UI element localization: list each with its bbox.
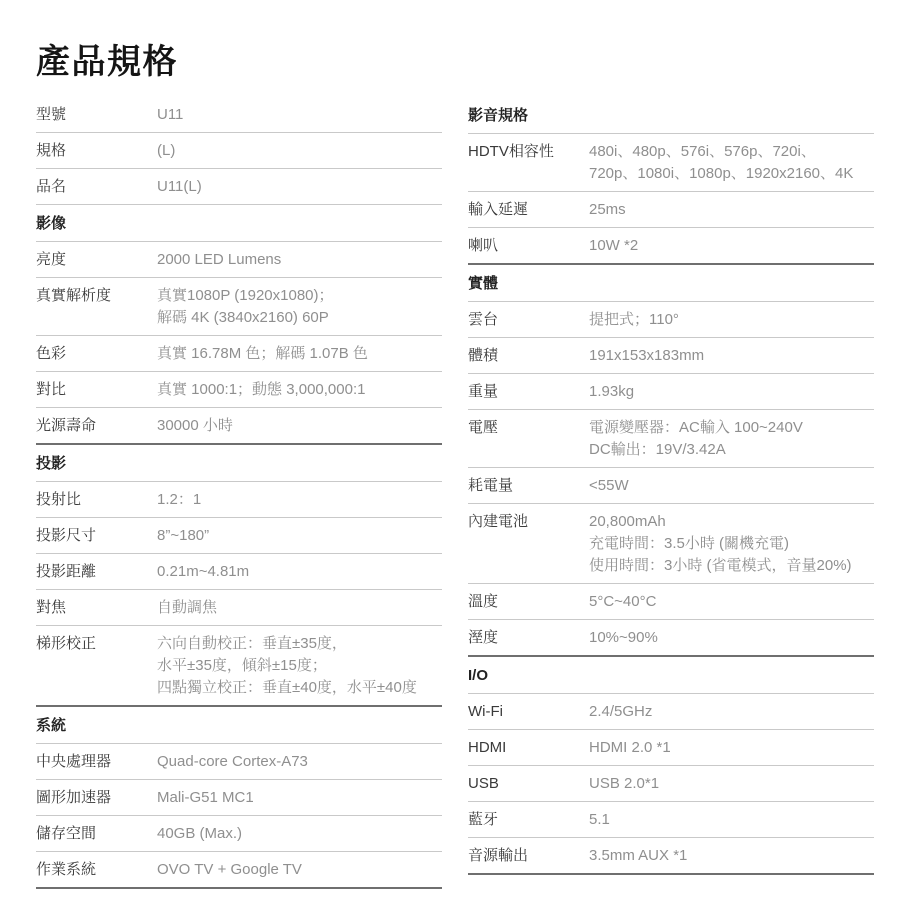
left-column: 型號 U11 規格 (L) 品名 U11(L) 影像 亮度 2000 LED L… [36, 97, 442, 889]
spec-value: 5.1 [589, 809, 874, 831]
spec-row: 重量 1.93kg [468, 374, 874, 410]
spec-value: Mali-G51 MC1 [157, 787, 442, 809]
spec-row: 投影距離 0.21m~4.81m [36, 554, 442, 590]
section-av: 影音規格 [468, 97, 874, 134]
spec-label: 梯形校正 [36, 633, 157, 699]
spec-label: 規格 [36, 140, 157, 162]
spec-value: 0.21m~4.81m [157, 561, 442, 583]
spec-value: 3.5mm AUX *1 [589, 845, 874, 867]
spec-row: 投射比 1.2：1 [36, 482, 442, 518]
spec-row: 真實解析度 真實1080P (1920x1080)； 解碼 4K (3840x2… [36, 278, 442, 336]
spec-row: 電壓 電源變壓器：AC輸入 100~240V DC輸出：19V/3.42A [468, 410, 874, 468]
spec-value: 40GB (Max.) [157, 823, 442, 845]
section-system: 系統 [36, 705, 442, 744]
spec-label: 圖形加速器 [36, 787, 157, 809]
spec-row: USB USB 2.0*1 [468, 766, 874, 802]
spec-row: 圖形加速器 Mali-G51 MC1 [36, 780, 442, 816]
spec-label: Wi-Fi [468, 701, 589, 723]
spec-value: 10%~90% [589, 627, 874, 649]
section-image: 影像 [36, 205, 442, 242]
section-physical: 實體 [468, 263, 874, 302]
spec-row: 溫度 5°C~40°C [468, 584, 874, 620]
spec-value: 真實 16.78M 色；解碼 1.07B 色 [157, 343, 442, 365]
spec-label: 亮度 [36, 249, 157, 271]
spec-label: 作業系統 [36, 859, 157, 881]
spec-label: 真實解析度 [36, 285, 157, 329]
spec-value: U11 [157, 104, 442, 126]
spec-row: 喇叭 10W *2 [468, 228, 874, 263]
spec-value: 8”~180” [157, 525, 442, 547]
spec-row: 內建電池 20,800mAh 充電時間：3.5小時 (關機充電) 使用時間：3小… [468, 504, 874, 584]
spec-label: 體積 [468, 345, 589, 367]
spec-label: 投影尺寸 [36, 525, 157, 547]
spec-label: 輸入延遲 [468, 199, 589, 221]
spec-value: HDMI 2.0 *1 [589, 737, 874, 759]
spec-label: 品名 [36, 176, 157, 198]
spec-label: HDTV相容性 [468, 141, 589, 185]
spec-row: 雲台 提把式；110° [468, 302, 874, 338]
spec-row: 投影尺寸 8”~180” [36, 518, 442, 554]
spec-label: 溫度 [468, 591, 589, 613]
spec-value: 20,800mAh 充電時間：3.5小時 (關機充電) 使用時間：3小時 (省電… [589, 511, 874, 577]
spec-label: 耗電量 [468, 475, 589, 497]
spec-value: U11(L) [157, 176, 442, 198]
spec-label: 投射比 [36, 489, 157, 511]
spec-row: HDMI HDMI 2.0 *1 [468, 730, 874, 766]
spec-label: 藍牙 [468, 809, 589, 831]
section-projection: 投影 [36, 443, 442, 482]
spec-value: 提把式；110° [589, 309, 874, 331]
spec-label: 投影距離 [36, 561, 157, 583]
spec-label: 內建電池 [468, 511, 589, 577]
spec-value: 電源變壓器：AC輸入 100~240V DC輸出：19V/3.42A [589, 417, 874, 461]
spec-label: USB [468, 773, 589, 795]
spec-value: 1.93kg [589, 381, 874, 403]
spec-value: 2.4/5GHz [589, 701, 874, 723]
spec-row: 體積 191x153x183mm [468, 338, 874, 374]
spec-value: (L) [157, 140, 442, 162]
spec-value: 30000 小時 [157, 415, 442, 437]
spec-row: HDTV相容性 480i、480p、576i、576p、720i、 720p、1… [468, 134, 874, 192]
spec-grid: 型號 U11 規格 (L) 品名 U11(L) 影像 亮度 2000 LED L… [36, 97, 874, 889]
spec-row: 儲存空間 40GB (Max.) [36, 816, 442, 852]
spec-row: 型號 U11 [36, 97, 442, 133]
spec-row: 亮度 2000 LED Lumens [36, 242, 442, 278]
spec-label: HDMI [468, 737, 589, 759]
spec-row: 對焦 自動調焦 [36, 590, 442, 626]
spec-value: 六向自動校正：垂直±35度， 水平±35度，傾斜±15度； 四點獨立校正：垂直±… [157, 633, 442, 699]
spec-label: 溼度 [468, 627, 589, 649]
spec-value: 191x153x183mm [589, 345, 874, 367]
spec-label: 電壓 [468, 417, 589, 461]
spec-value: 自動調焦 [157, 597, 442, 619]
spec-label: 喇叭 [468, 235, 589, 257]
spec-value: 25ms [589, 199, 874, 221]
spec-label: 儲存空間 [36, 823, 157, 845]
spec-value: 10W *2 [589, 235, 874, 257]
spec-value: <55W [589, 475, 874, 497]
spec-label: 光源壽命 [36, 415, 157, 437]
spec-label: 雲台 [468, 309, 589, 331]
spec-value: 5°C~40°C [589, 591, 874, 613]
page-title: 產品規格 [36, 42, 874, 83]
spec-label: 對焦 [36, 597, 157, 619]
spec-row: 輸入延遲 25ms [468, 192, 874, 228]
spec-label: 音源輸出 [468, 845, 589, 867]
spec-value: OVO TV + Google TV [157, 859, 442, 881]
spec-label: 對比 [36, 379, 157, 401]
spec-value: 真實 1000:1；動態 3,000,000:1 [157, 379, 442, 401]
section-io: I/O [468, 655, 874, 694]
spec-row: 溼度 10%~90% [468, 620, 874, 655]
spec-row: 梯形校正 六向自動校正：垂直±35度， 水平±35度，傾斜±15度； 四點獨立校… [36, 626, 442, 705]
spec-row: 中央處理器 Quad-core Cortex-A73 [36, 744, 442, 780]
spec-row: Wi-Fi 2.4/5GHz [468, 694, 874, 730]
spec-row: 規格 (L) [36, 133, 442, 169]
spec-row: 作業系統 OVO TV + Google TV [36, 852, 442, 889]
right-column: 影音規格 HDTV相容性 480i、480p、576i、576p、720i、 7… [468, 97, 874, 875]
spec-row: 對比 真實 1000:1；動態 3,000,000:1 [36, 372, 442, 408]
spec-label: 型號 [36, 104, 157, 126]
spec-value: Quad-core Cortex-A73 [157, 751, 442, 773]
spec-value: 真實1080P (1920x1080)； 解碼 4K (3840x2160) 6… [157, 285, 442, 329]
spec-value: USB 2.0*1 [589, 773, 874, 795]
spec-row: 色彩 真實 16.78M 色；解碼 1.07B 色 [36, 336, 442, 372]
spec-value: 1.2：1 [157, 489, 442, 511]
spec-row: 光源壽命 30000 小時 [36, 408, 442, 443]
spec-label: 重量 [468, 381, 589, 403]
spec-value: 480i、480p、576i、576p、720i、 720p、1080i、108… [589, 141, 874, 185]
spec-value: 2000 LED Lumens [157, 249, 442, 271]
spec-label: 中央處理器 [36, 751, 157, 773]
spec-row: 藍牙 5.1 [468, 802, 874, 838]
spec-row: 音源輸出 3.5mm AUX *1 [468, 838, 874, 875]
spec-row: 品名 U11(L) [36, 169, 442, 205]
spec-label: 色彩 [36, 343, 157, 365]
spec-row: 耗電量 <55W [468, 468, 874, 504]
